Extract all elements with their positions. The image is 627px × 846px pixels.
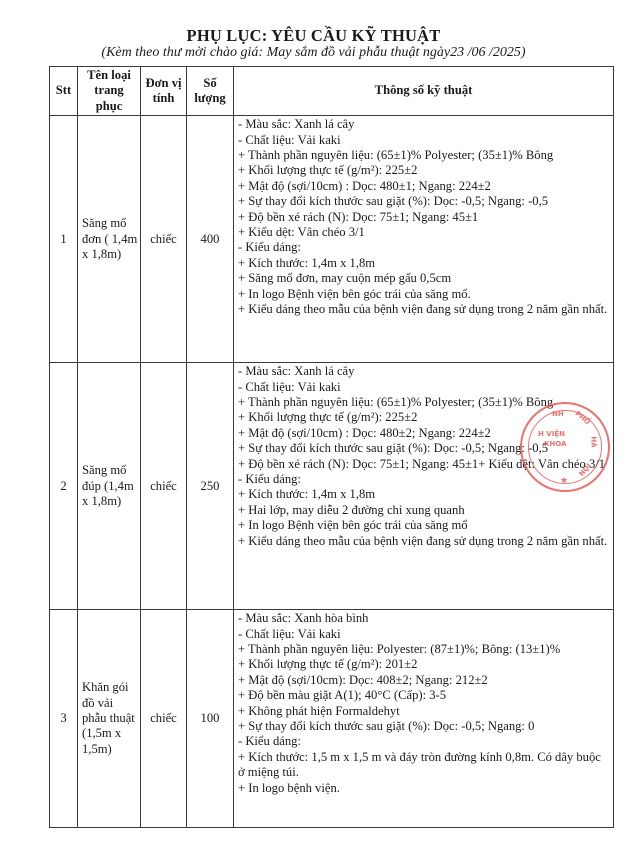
spec-line: + Kích thước: 1,4m x 1,8m <box>238 256 610 271</box>
spec-line: + Khối lượng thực tế (g/m²): 225±2 <box>238 163 610 178</box>
spec-line: - Chất liệu: Vải kaki <box>238 133 610 148</box>
spec-line: + Sự thay đổi kích thước sau giặt (%): D… <box>238 194 610 209</box>
spec-line: - Màu sắc: Xanh lá cây <box>238 117 610 132</box>
spec-line: + Hai lớp, may diễu 2 đường chỉ xung qua… <box>238 503 610 518</box>
spec-line: + Thành phần nguyên liệu: Polyester: (87… <box>238 642 610 657</box>
table-header-row: Stt Tên loại trang phục Đơn vị tính Số l… <box>50 67 614 116</box>
spec-line: + In logo Bệnh viện bên góc trái của săn… <box>238 287 610 302</box>
spec-line: + Thành phần nguyên liệu: (65±1)% Polyes… <box>238 395 610 410</box>
header-specifications: Thông số kỹ thuật <box>234 67 614 116</box>
document-title: PHỤ LỤC: YÊU CẦU KỸ THUẬT <box>0 26 627 46</box>
header-quantity: Số lượng <box>187 67 234 116</box>
spec-line: + Độ bền xé rách (N): Dọc: 75±1; Ngang: … <box>238 457 610 472</box>
cell-stt: 3 <box>50 610 78 828</box>
spec-line: - Màu sắc: Xanh lá cây <box>238 364 610 379</box>
spec-line: + Độ bền xé rách (N): Dọc: 75±1; Ngang: … <box>238 210 610 225</box>
spec-line: - Chất liệu: Vải kaki <box>238 380 610 395</box>
cell-unit: chiếc <box>141 363 187 610</box>
spec-line: + In logo Bệnh viện bên góc trái của săn… <box>238 518 610 533</box>
cell-unit: chiếc <box>141 610 187 828</box>
spec-line: + Sự thay đổi kích thước sau giặt (%): D… <box>238 719 610 734</box>
cell-specifications: - Màu sắc: Xanh lá cây- Chất liệu: Vải k… <box>234 116 614 363</box>
spec-line: + Kiểu dáng theo mẫu của bệnh viện đang … <box>238 302 610 317</box>
spec-line: - Màu sắc: Xanh hòa bình <box>238 611 610 626</box>
spec-line: + Mật độ (sợi/10cm) : Dọc: 480±2; Ngang:… <box>238 426 610 441</box>
spec-line: - Kiểu dáng: <box>238 472 610 487</box>
spec-line: + Kích thước: 1,4m x 1,8m <box>238 487 610 502</box>
cell-stt: 1 <box>50 116 78 363</box>
spec-line: + Khối lượng thực tế (g/m²): 225±2 <box>238 410 610 425</box>
header-unit: Đơn vị tính <box>141 67 187 116</box>
spec-line: + Kích thước: 1,5 m x 1,5 m và đáy tròn … <box>238 750 610 781</box>
technical-requirements-table: Stt Tên loại trang phục Đơn vị tính Số l… <box>49 66 614 828</box>
spec-line: + Sự thay đổi kích thước sau giặt (%): D… <box>238 441 610 456</box>
cell-stt: 2 <box>50 363 78 610</box>
cell-unit: chiếc <box>141 116 187 363</box>
spec-line: + Không phát hiện Formaldehyt <box>238 704 610 719</box>
cell-quantity: 250 <box>187 363 234 610</box>
spec-line: + In logo bệnh viện. <box>238 781 610 796</box>
header-item-name: Tên loại trang phục <box>78 67 141 116</box>
cell-item-name: Săng mổ đơn ( 1,4m x 1,8m) <box>78 116 141 363</box>
spec-line: + Kiểu dáng theo mẫu của bệnh viện đang … <box>238 534 610 549</box>
table-row: 1Săng mổ đơn ( 1,4m x 1,8m)chiếc400- Màu… <box>50 116 614 363</box>
cell-item-name: Khăn gói đồ vải phẫu thuật (1,5m x 1,5m) <box>78 610 141 828</box>
header-stt: Stt <box>50 67 78 116</box>
spec-line: + Độ bền màu giặt A(1); 40°C (Cấp): 3-5 <box>238 688 610 703</box>
spec-line: + Săng mổ đơn, may cuộn mép gấu 0,5cm <box>238 271 610 286</box>
spec-line: + Mật độ (sợi/10cm): Dọc: 408±2; Ngang: … <box>238 673 610 688</box>
document-subtitle: (Kèm theo thư mời chào giá: May sắm đồ v… <box>0 45 627 61</box>
cell-quantity: 100 <box>187 610 234 828</box>
spec-line: - Kiểu dáng: <box>238 240 610 255</box>
spec-line: + Thành phần nguyên liệu: (65±1)% Polyes… <box>238 148 610 163</box>
table-row: 3Khăn gói đồ vải phẫu thuật (1,5m x 1,5m… <box>50 610 614 828</box>
table-row: 2Săng mổ đúp (1,4m x 1,8m)chiếc250- Màu … <box>50 363 614 610</box>
spec-line: - Kiểu dáng: <box>238 734 610 749</box>
spec-line: - Chất liệu: Vải kaki <box>238 627 610 642</box>
cell-specifications: - Màu sắc: Xanh hòa bình- Chất liệu: Vải… <box>234 610 614 828</box>
cell-item-name: Săng mổ đúp (1,4m x 1,8m) <box>78 363 141 610</box>
spec-line: + Khối lượng thực tế (g/m²): 201±2 <box>238 657 610 672</box>
cell-specifications: - Màu sắc: Xanh lá cây- Chất liệu: Vải k… <box>234 363 614 610</box>
cell-quantity: 400 <box>187 116 234 363</box>
spec-line: + Kiểu dệt: Vân chéo 3/1 <box>238 225 610 240</box>
spec-line: + Mật độ (sợi/10cm) : Dọc: 480±1; Ngang:… <box>238 179 610 194</box>
